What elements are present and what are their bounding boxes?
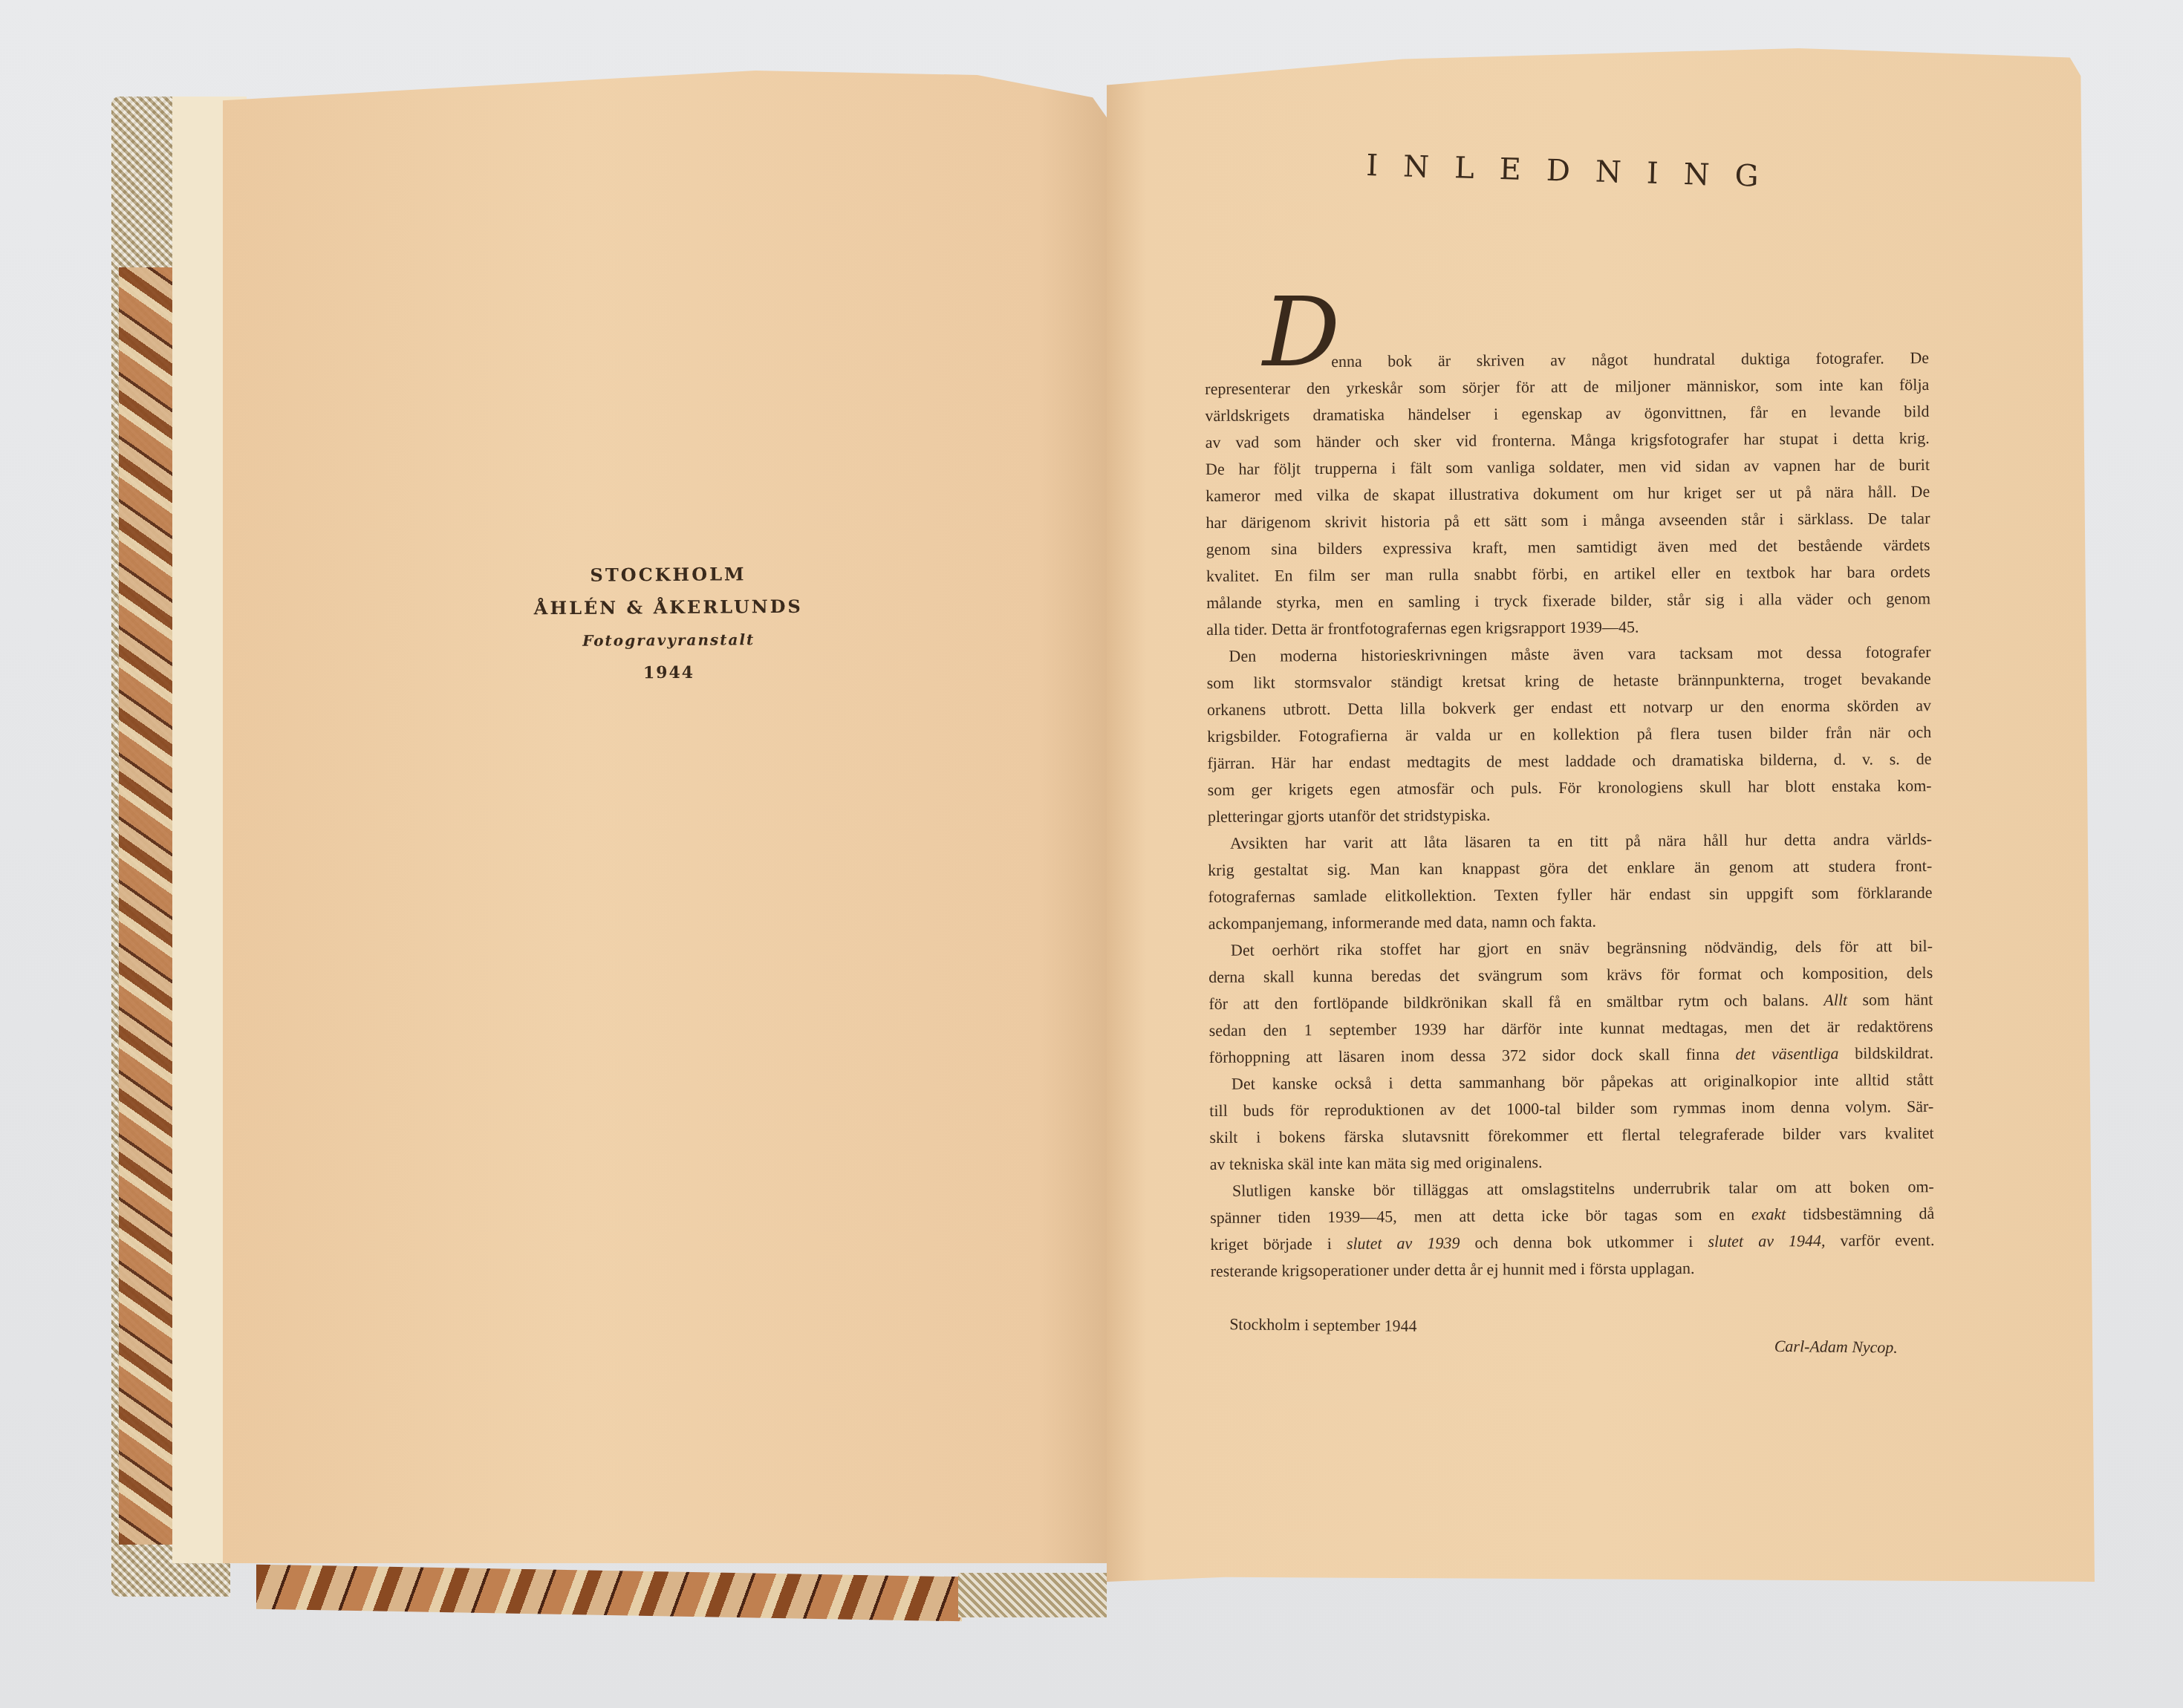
text-line: kvalitet. En film ser man rulla snabbt f… bbox=[1206, 558, 1930, 590]
publisher-imprint: STOCKHOLM ÅHLÉN & ÅKERLUNDS Fotogravyran… bbox=[519, 558, 817, 691]
marbled-cover-bottom bbox=[256, 1565, 962, 1622]
text-fragment: varför event. bbox=[1840, 1231, 1934, 1250]
text-line: orkanens utbrott. Detta lilla bokverk ge… bbox=[1207, 692, 1931, 723]
text-line: Det oerhört rika stoffet har gjort en sn… bbox=[1208, 933, 1933, 964]
text-line: sedan den 1 september 1939 har därför in… bbox=[1208, 1013, 1933, 1044]
text-line: av tekniska skäl inte kan mäta sig med o… bbox=[1210, 1147, 1934, 1178]
text-line: krigsbilder. Fotografierna är valda ur e… bbox=[1207, 719, 1931, 750]
text-line: krig gestaltat sig. Man kan knappast gör… bbox=[1208, 853, 1932, 884]
text-line: resterande krigsoperationer under detta … bbox=[1210, 1254, 1934, 1285]
text-fragment: tidsbestämning då bbox=[1803, 1204, 1934, 1223]
imprint-city: STOCKHOLM bbox=[519, 558, 816, 593]
imprint-publisher: ÅHLÉN & ÅKERLUNDS bbox=[520, 590, 817, 625]
text-line-mixed: spänner tiden 1939—45, men att detta ick… bbox=[1210, 1200, 1934, 1231]
italic-fragment: slutet av 1944, bbox=[1708, 1231, 1825, 1251]
text-line-mixed: kriget började i slutet av 1939 och denn… bbox=[1210, 1227, 1934, 1258]
imprint-year: 1944 bbox=[520, 656, 817, 691]
text-fragment: bildskildrat. bbox=[1855, 1043, 1933, 1063]
open-book: STOCKHOLM ÅHLÉN & ÅKERLUNDS Fotogravyran… bbox=[0, 0, 2183, 1708]
cloth-binding-bottom bbox=[958, 1573, 1107, 1617]
text-line: fotografernas samlade elitkollektion. Te… bbox=[1208, 879, 1932, 910]
text-fragment: spänner tiden 1939—45, men att detta ick… bbox=[1210, 1205, 1734, 1227]
italic-fragment: slutet av 1939 bbox=[1347, 1233, 1460, 1253]
text-line-mixed: förhoppning att läsaren inom dessa 372 s… bbox=[1209, 1040, 1933, 1071]
italic-fragment: det väsentliga bbox=[1735, 1044, 1838, 1063]
text-line: derna skall kunna beredas det svängrum s… bbox=[1208, 959, 1933, 991]
text-line: skilt i bokens färska slutavsnitt föreko… bbox=[1209, 1120, 1933, 1151]
marbled-cover-edge bbox=[119, 267, 178, 1545]
text-line: som likt stormsvalor ständigt kretsat kr… bbox=[1207, 665, 1931, 697]
text-line: De har följt trupperna i fält som vanlig… bbox=[1206, 452, 1930, 483]
text-fragment: kriget började i bbox=[1210, 1234, 1332, 1254]
place-date: Stockholm i september 1944 bbox=[1229, 1314, 1417, 1336]
introduction-text: enna bok är skriven av något hundratal d… bbox=[1205, 345, 1935, 1285]
imprint-subtitle: Fotogravyranstalt bbox=[520, 623, 817, 658]
text-line: genom sina bilders expressiva kraft, men… bbox=[1206, 532, 1930, 563]
text-line: pletteringar gjorts utanför det stridsty… bbox=[1208, 799, 1932, 830]
text-line: Slutligen kanske bör tilläggas att omsla… bbox=[1210, 1173, 1934, 1205]
text-fragment: och denna bok utkommer i bbox=[1474, 1232, 1693, 1252]
signature: Stockholm i september 1944 Carl-Adam Nyc… bbox=[1229, 1314, 1899, 1366]
text-line: representerar den yrkeskår som sörjer fö… bbox=[1205, 371, 1929, 402]
author-name: Carl-Adam Nycop. bbox=[1774, 1337, 1898, 1357]
text-line: ackompanjemang, informerande med data, n… bbox=[1208, 906, 1933, 937]
text-line: enna bok är skriven av något hundratal d… bbox=[1205, 345, 1929, 376]
text-line: alla tider. Detta är frontfotografernas … bbox=[1206, 612, 1930, 643]
text-fragment: som hänt bbox=[1862, 990, 1933, 1009]
text-line: Det kanske också i detta sammanhang bör … bbox=[1209, 1066, 1933, 1098]
text-fragment: förhoppning att läsaren inom dessa 372 s… bbox=[1209, 1045, 1720, 1066]
text-line: har därigenom skrivit historia på ett sä… bbox=[1206, 505, 1930, 536]
text-line: av vad som händer och sker vid fronterna… bbox=[1206, 425, 1930, 456]
text-line: Den moderna historieskrivningen måste äv… bbox=[1206, 639, 1930, 670]
italic-fragment: exakt bbox=[1751, 1205, 1786, 1223]
text-line-mixed: för att den fortlöpande bildkrönikan ska… bbox=[1208, 986, 1933, 1017]
text-line: målande styrka, men en samling i tryck f… bbox=[1206, 585, 1930, 616]
text-line: som ger krigets egen atmosfär och puls. … bbox=[1208, 772, 1932, 804]
left-page[interactable] bbox=[223, 71, 1110, 1563]
text-fragment: för att den fortlöpande bildkrönikan ska… bbox=[1208, 991, 1809, 1013]
italic-fragment: Allt bbox=[1823, 991, 1847, 1009]
text-line: Avsikten har varit att låta läsaren ta e… bbox=[1208, 826, 1932, 857]
text-line: till buds för reproduktionen av det 1000… bbox=[1209, 1093, 1933, 1124]
text-line: kameror med vilka de skapat illustrativa… bbox=[1206, 478, 1930, 509]
text-line: fjärran. Här har endast medtagits de mes… bbox=[1207, 746, 1931, 777]
text-line: världskrigets dramatiska händelser i ege… bbox=[1205, 398, 1929, 429]
